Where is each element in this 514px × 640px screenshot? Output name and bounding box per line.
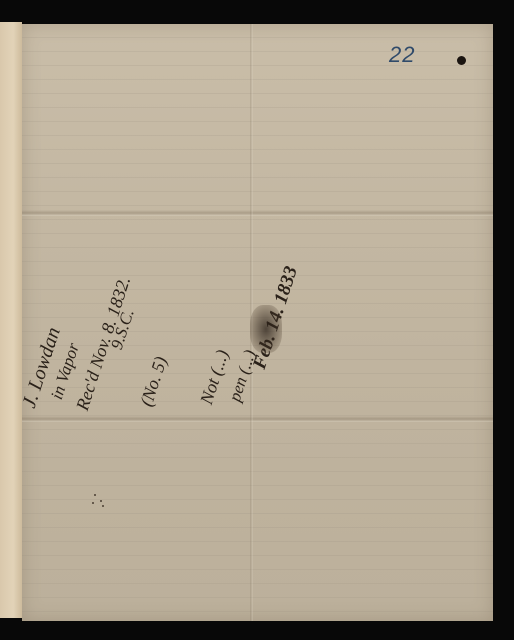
ink-blot	[457, 56, 466, 65]
page-number: 22	[389, 42, 415, 68]
backing-board	[0, 22, 22, 618]
stray-ink-dots	[88, 492, 108, 508]
fold-line-lower	[22, 416, 493, 422]
ink-smudge	[250, 305, 282, 353]
fold-line-upper	[22, 210, 493, 216]
